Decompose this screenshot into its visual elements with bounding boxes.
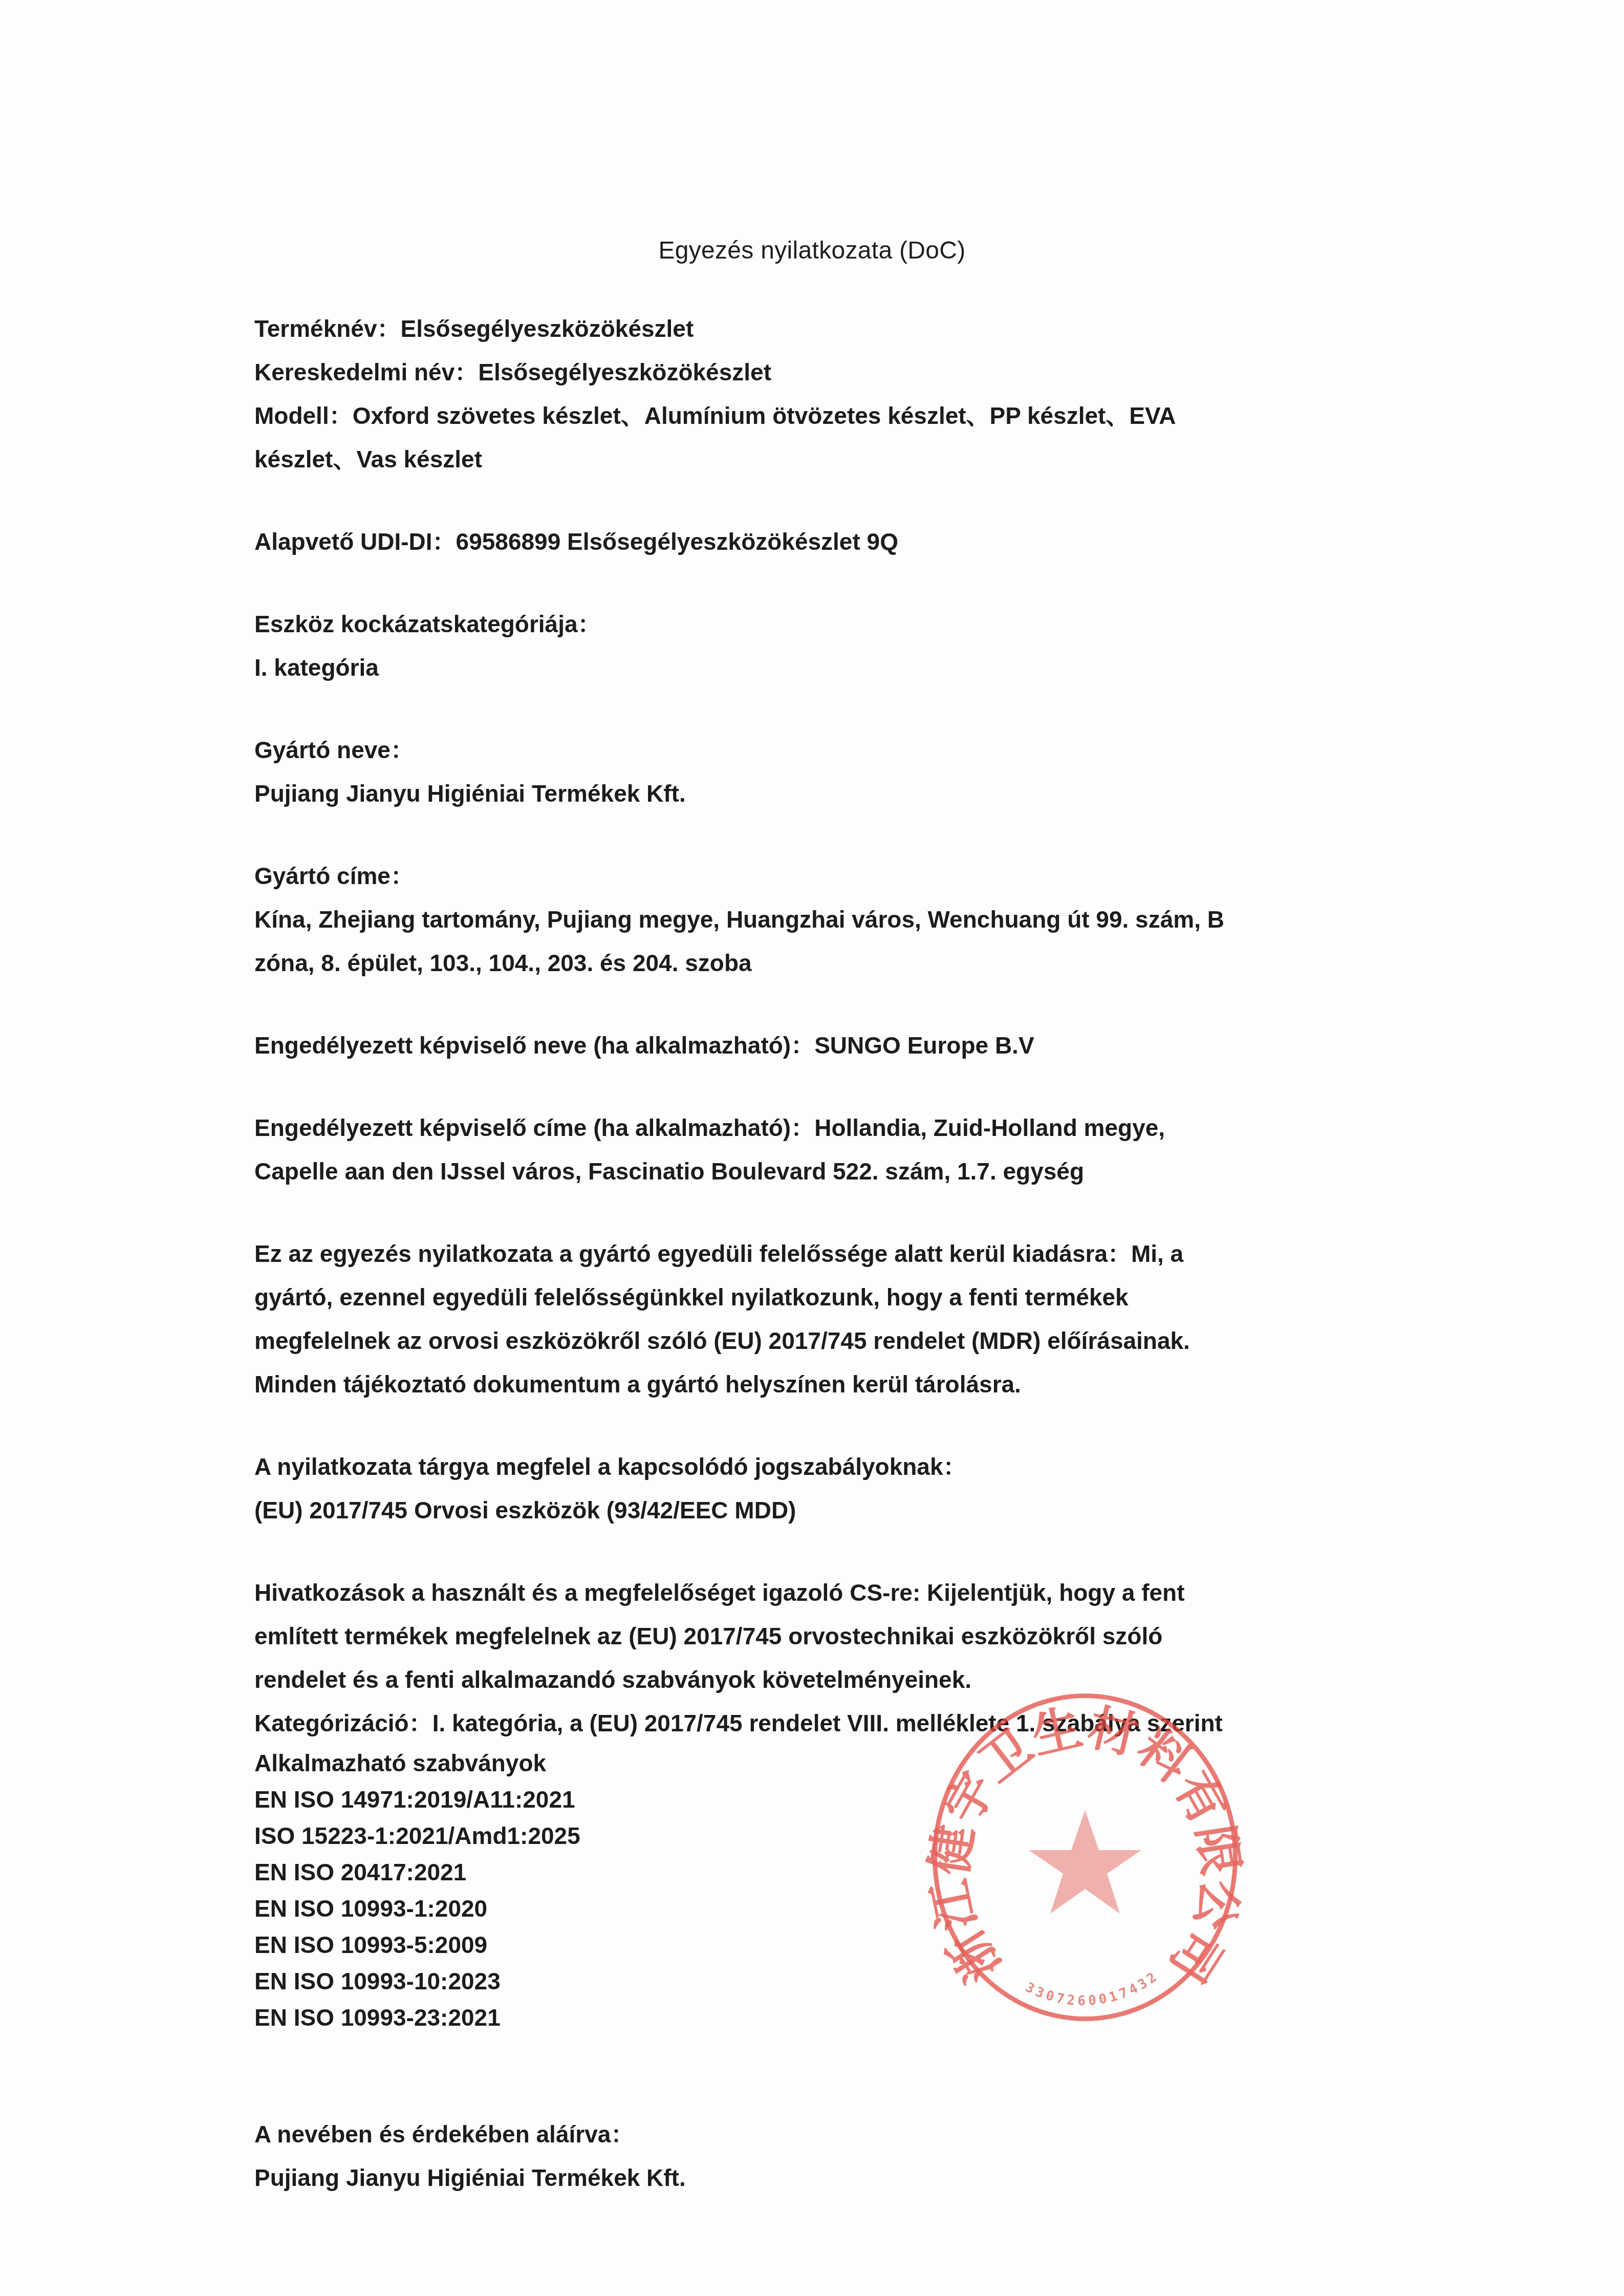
star-icon [1029, 1810, 1141, 1914]
references-line: említett termékek megfelelnek az (EU) 20… [254, 1615, 1370, 1658]
product-name-row: Terméknév：Elsősegélyeszközökészlet [254, 307, 1370, 351]
trade-name-label: Kereskedelmi név： [254, 359, 478, 385]
authorized-rep-name-row: Engedélyezett képviselő neve (ha alkalma… [254, 1024, 1370, 1067]
model-value-line2: készlet、Vas készlet [254, 438, 1370, 481]
legislation-value: (EU) 2017/745 Orvosi eszközök (93/42/EEC… [254, 1489, 1370, 1532]
model-value-line1: Oxford szövetes készlet、Alumínium ötvöze… [353, 402, 1176, 429]
document-title: Egyezés nyilatkozata (DoC) [0, 237, 1624, 265]
document-page: Egyezés nyilatkozata (DoC) Terméknév：Els… [0, 0, 1624, 2296]
product-name-value: Elsősegélyeszközökészlet [401, 315, 694, 342]
declaration-paragraph: Ez az egyezés nyilatkozata a gyártó egye… [254, 1232, 1370, 1406]
declaration-line: megfelelnek az orvosi eszközökről szóló … [254, 1319, 1370, 1363]
risk-class-label: Eszköz kockázatskategóriája： [254, 603, 1370, 646]
manufacturer-name-label: Gyártó neve： [254, 728, 1370, 772]
references-line: Hivatkozások a használt és a megfelelősé… [254, 1571, 1370, 1615]
model-label: Modell： [254, 402, 353, 429]
authorized-rep-name-value: SUNGO Europe B.V [814, 1032, 1034, 1059]
risk-class-value: I. kategória [254, 646, 1370, 690]
declaration-line: Minden tájékoztató dokumentum a gyártó h… [254, 1363, 1370, 1406]
declaration-line: Ez az egyezés nyilatkozata a gyártó egye… [254, 1232, 1370, 1276]
trade-name-value: Elsősegélyeszközökészlet [478, 359, 771, 385]
basic-udi-di-value: 69586899 Elsősegélyeszközökészlet 9Q [456, 528, 898, 555]
product-name-label: Terméknév： [254, 315, 401, 342]
manufacturer-name-value: Pujiang Jianyu Higiéniai Termékek Kft. [254, 772, 1370, 816]
legislation-label: A nyilatkozata tárgya megfelel a kapcsol… [254, 1445, 1370, 1489]
manufacturer-address-line1: Kína, Zhejiang tartomány, Pujiang megye,… [254, 898, 1370, 941]
declaration-line: gyártó, ezennel egyedüli felelősségünkke… [254, 1276, 1370, 1319]
basic-udi-di-label: Alapvető UDI-DI： [254, 528, 456, 555]
manufacturer-address-line2: zóna, 8. épület, 103., 104., 203. és 204… [254, 941, 1370, 985]
seal-number: 3307260017432 [1023, 1968, 1162, 2009]
seal-graphic: 浙江健宇卫生材料有限公司 3307260017432 [933, 1693, 1238, 2021]
signature-label: A nevében és érdekében aláírva： [254, 2113, 1370, 2156]
authorized-rep-address-label: Engedélyezett képviselő címe (ha alkalma… [254, 1114, 814, 1141]
trade-name-row: Kereskedelmi név：Elsősegélyeszközökészle… [254, 351, 1370, 394]
model-row: Modell：Oxford szövetes készlet、Alumínium… [254, 394, 1370, 438]
signature-company: Pujiang Jianyu Higiéniai Termékek Kft. [254, 2156, 1370, 2200]
authorized-rep-address-line1: Hollandia, Zuid-Holland megye, [814, 1114, 1165, 1141]
basic-udi-di-row: Alapvető UDI-DI：69586899 Elsősegélyeszkö… [254, 520, 1370, 564]
manufacturer-address-label: Gyártó címe： [254, 854, 1370, 898]
company-seal: 浙江健宇卫生材料有限公司 3307260017432 [933, 1693, 1238, 2021]
authorized-rep-name-label: Engedélyezett képviselő neve (ha alkalma… [254, 1032, 814, 1059]
authorized-rep-address-row: Engedélyezett képviselő címe (ha alkalma… [254, 1106, 1370, 1150]
authorized-rep-address-line2: Capelle aan den IJssel város, Fascinatio… [254, 1150, 1370, 1193]
